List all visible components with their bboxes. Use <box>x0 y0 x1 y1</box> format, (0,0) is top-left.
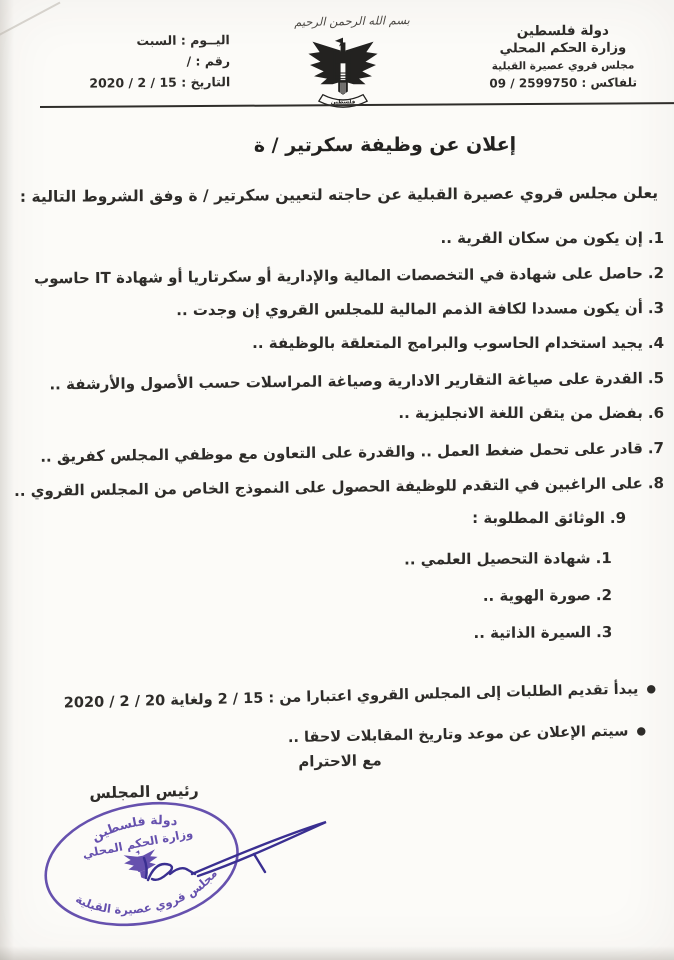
item-text: السيرة الذاتية .. <box>473 623 591 642</box>
item-number: 1. <box>648 221 664 256</box>
item-number: 3. <box>596 614 612 651</box>
item-number: 8. <box>648 466 665 501</box>
closing-salutation: مع الاحترام <box>250 750 430 771</box>
note-text: سيتم الإعلان عن موعد وتاريخ المقابلات لا… <box>288 724 629 747</box>
item-text: على الراغبين في التقدم للوظيفة الحصول عل… <box>14 474 643 500</box>
item-text: الوثائق المطلوبة : <box>472 509 605 527</box>
condition-item: 5.القدرة على صياغة التقارير الادارية وصي… <box>8 361 664 403</box>
conditions-list: 1.إن يكون من سكان القرية .. 2.حاصل على ش… <box>8 221 664 536</box>
document-item: 2.صورة الهوية .. <box>8 577 612 618</box>
scan-edge-bottom <box>0 946 674 960</box>
condition-item: 4.يجيد استخدام الحاسوب والبرامج المتعلقة… <box>8 326 664 361</box>
item-text: شهادة التحصيل العلمي .. <box>404 549 591 568</box>
scan-corner-artifact <box>0 2 60 36</box>
item-number: 2. <box>596 577 612 614</box>
council-name: مجلس قروي عصيرة القبلية <box>478 57 648 75</box>
documents-list: 1.شهادة التحصيل العلمي .. 2.صورة الهوية … <box>8 540 613 655</box>
item-text: القدرة على صياغة التقارير الادارية وصياغ… <box>49 369 643 393</box>
note-text: يبدأ تقديم الطلبات إلى المجلس القروي اعت… <box>64 681 639 711</box>
item-text: قادر على تحمل ضغط العمل .. والقدرة على ا… <box>40 439 643 465</box>
bullet-icon: ● <box>646 668 657 710</box>
header-date-block: اليــوم : السبت رقم : / التاريخ : 15 / 2… <box>68 29 231 94</box>
ref-number-line: رقم : / <box>68 50 230 73</box>
date-line: التاريخ : 15 / 2 / 2020 <box>68 71 230 94</box>
item-text: صورة الهوية .. <box>483 586 591 605</box>
day-line: اليــوم : السبت <box>68 29 230 52</box>
announcement-title: إعلان عن وظيفة سكرتير / ة <box>160 133 610 157</box>
item-number: 2. <box>648 256 664 291</box>
bullet-icon: ● <box>636 710 646 752</box>
item-number: 3. <box>648 291 664 326</box>
item-text: حاصل على شهادة في التخصصات المالية والإد… <box>34 264 643 287</box>
item-text: أن يكون مسددا لكافة الذمم المالية للمجلس… <box>176 299 643 319</box>
notes-list: ●يبدأ تقديم الطلبات إلى المجلس القروي اع… <box>4 668 656 752</box>
state-name: دولة فلسطين <box>478 21 648 40</box>
item-number: 9. <box>610 501 626 536</box>
item-number: 1. <box>595 540 611 577</box>
intro-paragraph: يعلن مجلس قروي عصيرة القبلية عن حاجته لت… <box>8 184 658 206</box>
item-number: 7. <box>648 431 665 466</box>
item-text: إن يكون من سكان القرية .. <box>441 229 643 247</box>
document-item: 3.السيرة الذاتية .. <box>8 614 612 655</box>
ministry-name: وزارة الحكم المحلي <box>478 39 648 58</box>
item-number: 5. <box>648 361 665 396</box>
condition-item: 1.إن يكون من سكان القرية .. <box>8 221 664 256</box>
handwritten-signature <box>136 812 336 907</box>
palestine-eagle-emblem-icon: فلسطين <box>300 36 386 110</box>
document-item: 1.شهادة التحصيل العلمي .. <box>8 540 612 581</box>
scanned-announcement-document: اليــوم : السبت رقم : / التاريخ : 15 / 2… <box>0 0 674 960</box>
item-number: 6. <box>648 396 664 431</box>
header-org-block: دولة فلسطين وزارة الحكم المحلي مجلس قروي… <box>478 21 648 92</box>
item-number: 4. <box>648 326 664 361</box>
condition-item: 3.أن يكون مسددا لكافة الذمم المالية للمج… <box>8 291 664 329</box>
telefax-line: تلفاكس : 2599750 / 09 <box>478 74 648 92</box>
item-text: يجيد استخدام الحاسوب والبرامج المتعلقة ب… <box>252 334 643 352</box>
item-text: بفضل من يتقن اللغة الانجليزية .. <box>398 404 642 422</box>
bismillah-text: بسم الله الرحمن الرحيم <box>292 13 412 29</box>
